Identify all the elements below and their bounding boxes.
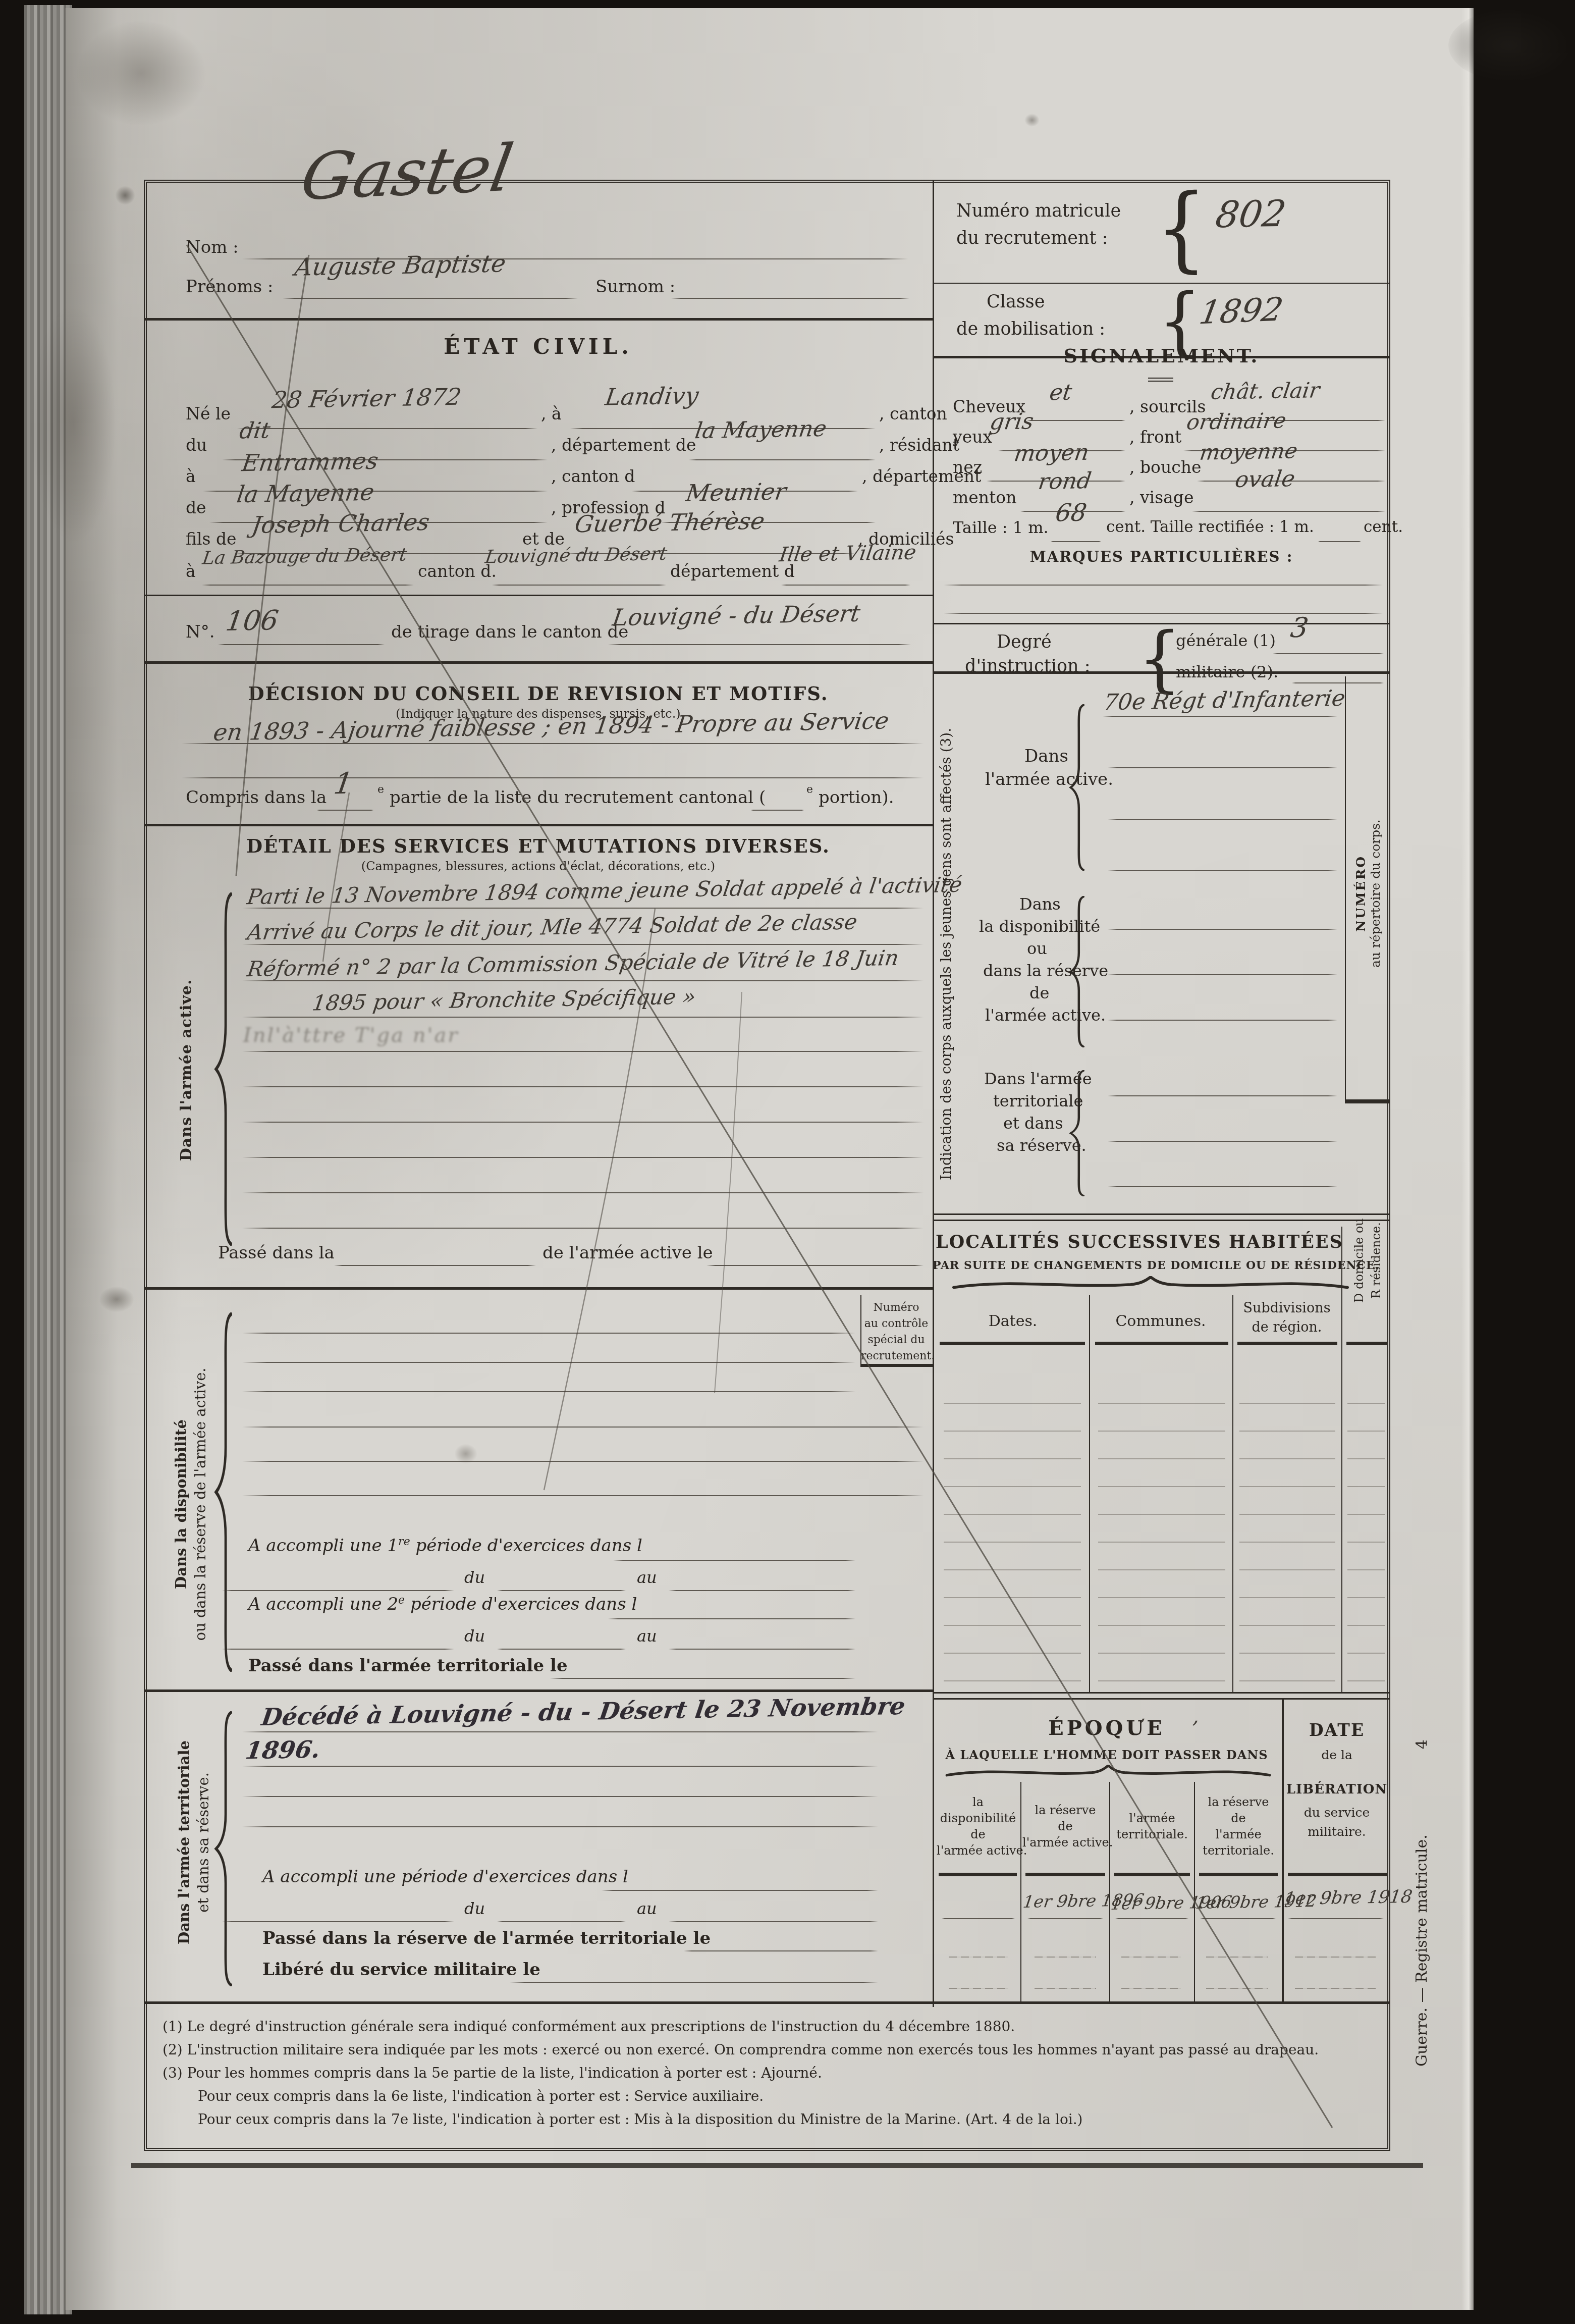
registre-matricule-scan: Gastel Nom : Prénoms : Auguste Baptiste … [0, 0, 1575, 2324]
pen-stroke-overlay [0, 0, 1575, 2324]
